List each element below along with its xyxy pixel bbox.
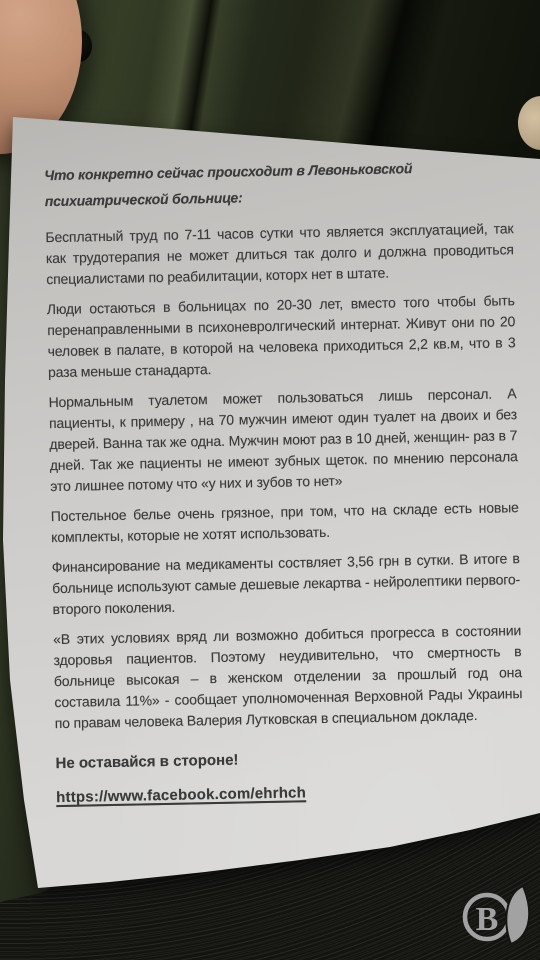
paper-shadow-wrap: Что конкретно сейчас происходит в Левонь… [0,0,540,960]
paragraph-toilets-hygiene: Нормальным туалетом может пользоваться л… [48,383,518,497]
paragraph-long-stays: Люди остаються в больницах по 20-30 лет,… [47,290,517,383]
photo-of-document: Что конкретно сейчас происходит в Левонь… [0,0,540,960]
call-to-action-text: Не оставайся в стороне! [55,744,523,774]
document-paper: Что конкретно сейчас происходит в Левонь… [0,0,540,960]
paragraph-ombudsman-quote: «В этих условиях вряд ли возможно добить… [53,620,523,734]
facebook-link-text: https://www.facebook.com/ehrhch [56,778,524,808]
document-title: Что конкретно сейчас происходит в Левонь… [44,153,513,214]
paragraph-bed-linen: Постельное белье очень грязное, при том,… [51,497,520,548]
logo-letter: В [476,901,499,938]
document-text-block: Что конкретно сейчас происходит в Левонь… [44,153,524,808]
logo-leaf-icon [506,886,529,944]
paragraph-medication-funding: Финансирование на медикаменты соствляет … [52,548,521,620]
watermark-logo: В [450,878,536,958]
paragraph-forced-labour: Бесплатный труд по 7-11 часов сутки что … [45,218,514,290]
